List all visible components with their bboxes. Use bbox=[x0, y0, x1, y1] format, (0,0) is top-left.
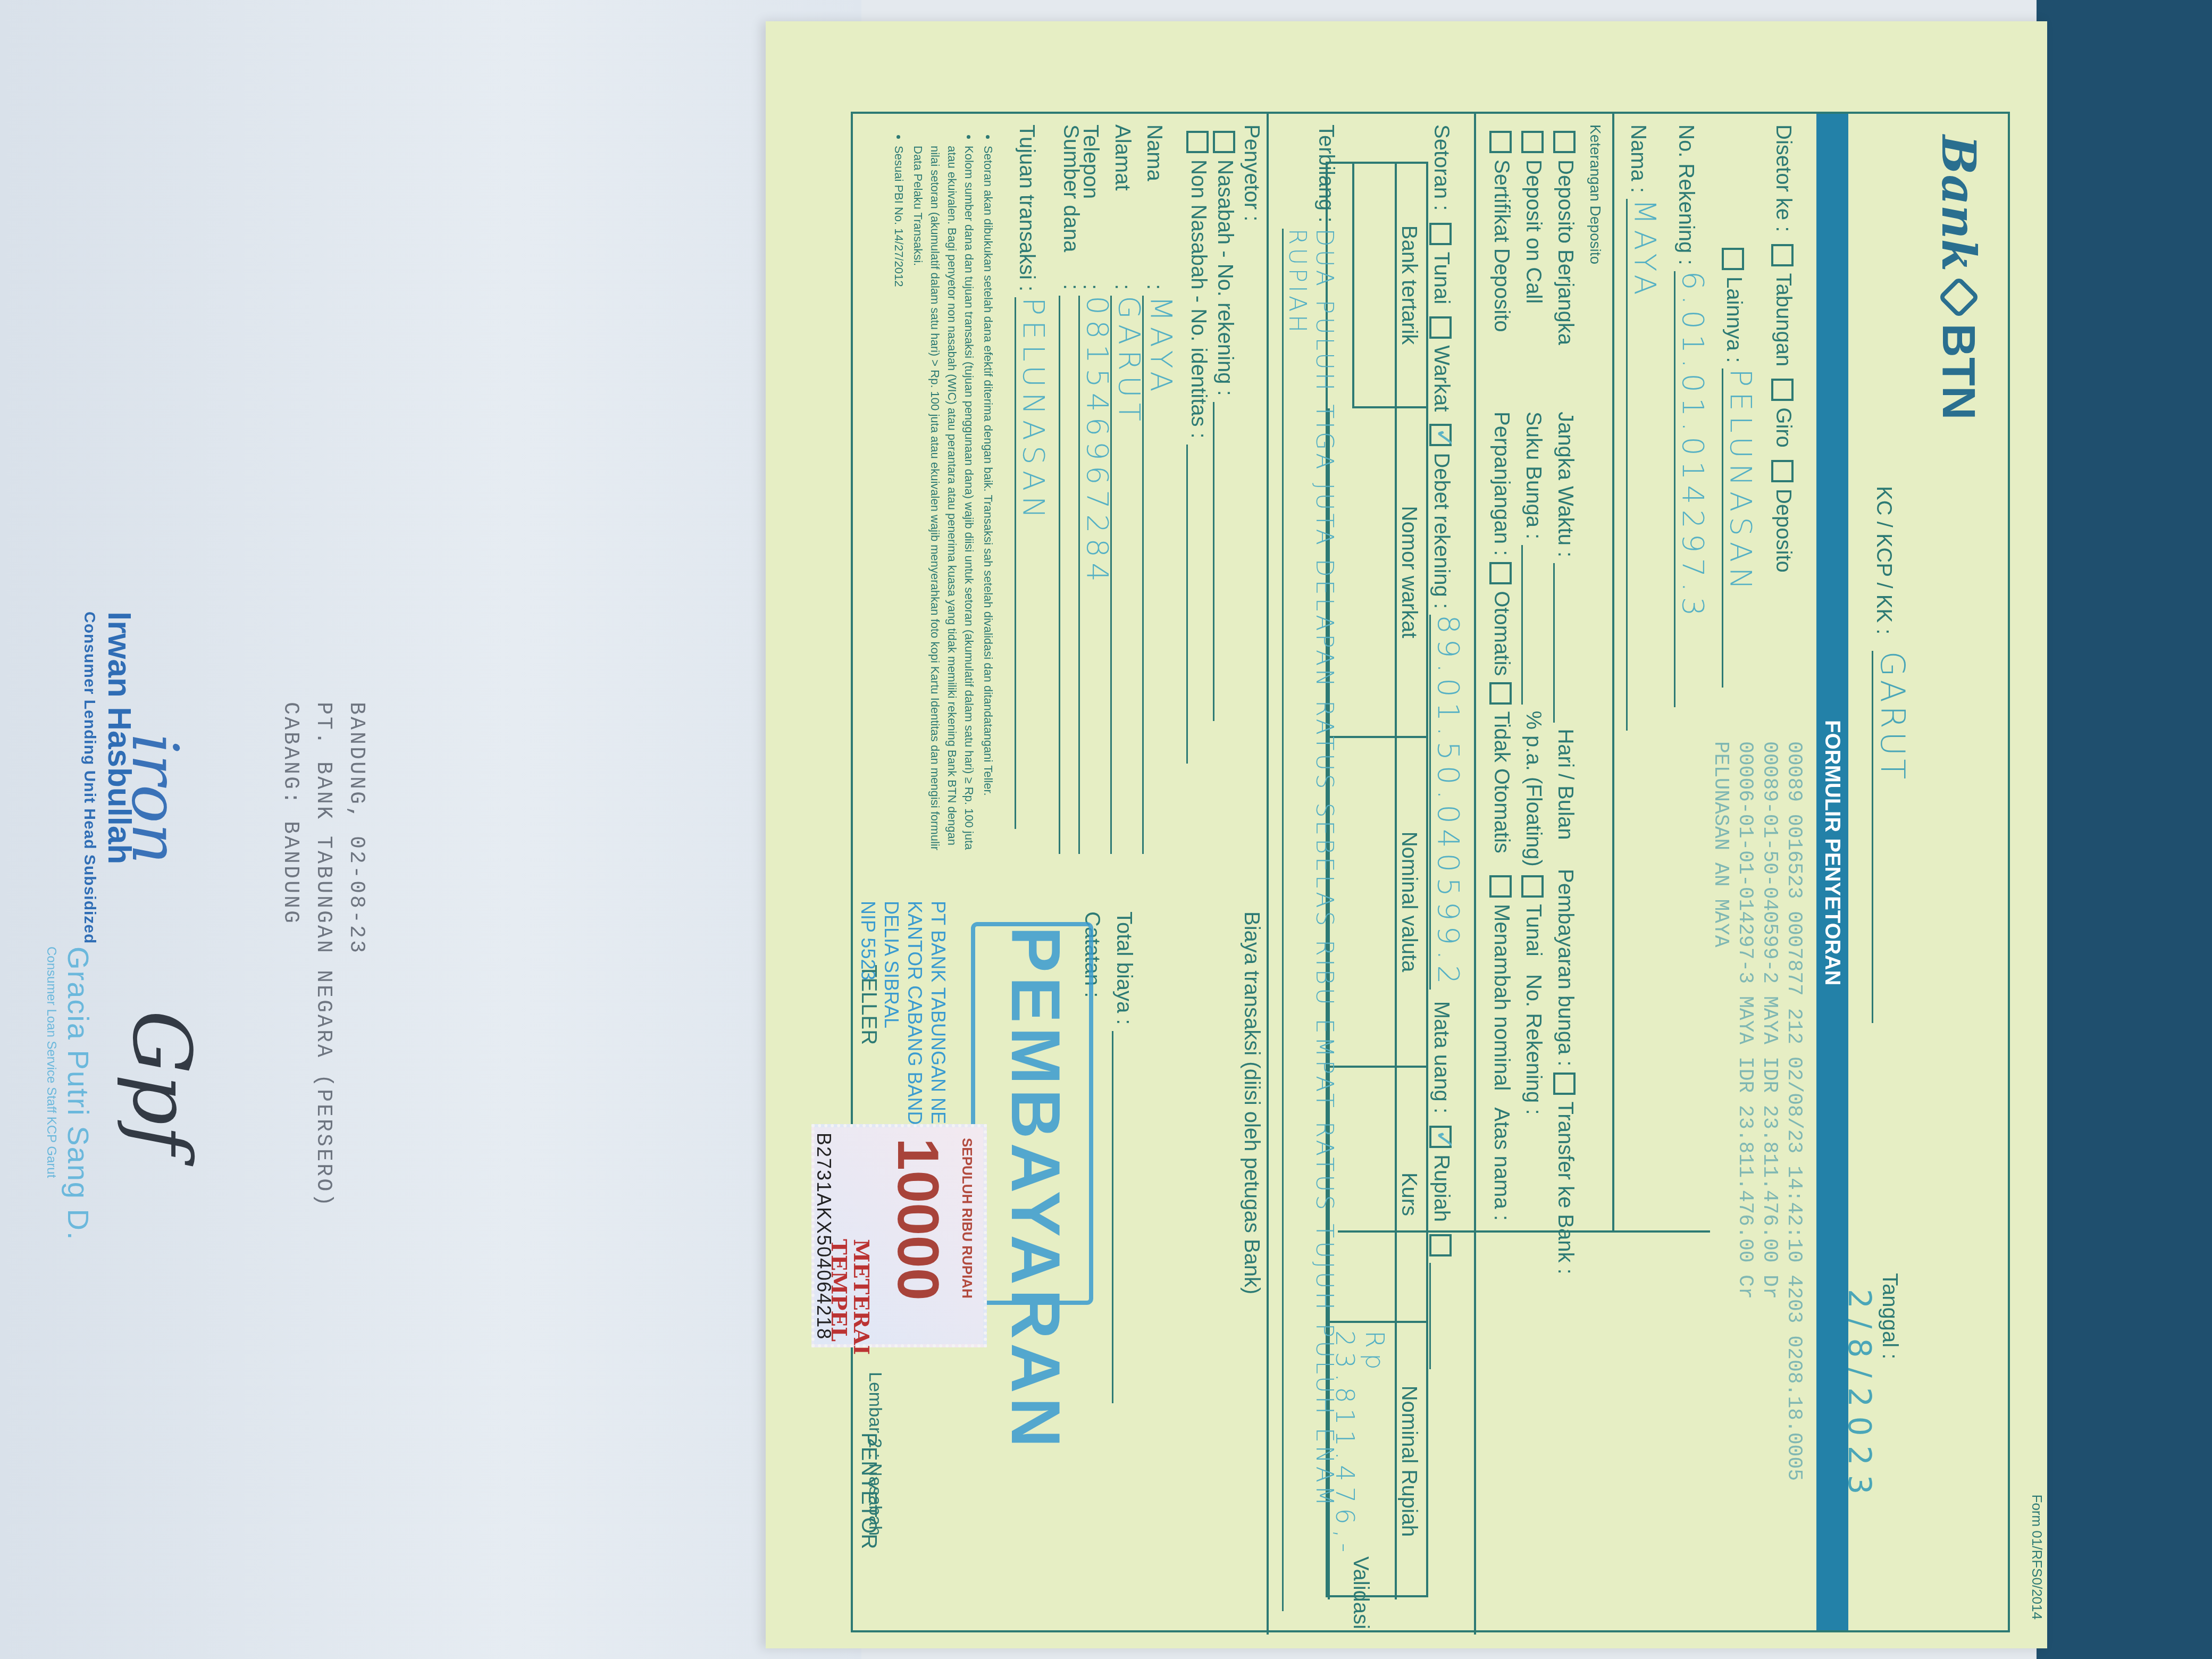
no-rekening-row: No. Rekening : 6.01.01.014297.3 bbox=[1674, 124, 1710, 707]
other-currency-input[interactable] bbox=[1429, 1263, 1431, 1369]
checkbox-debet-rekening[interactable] bbox=[1429, 424, 1452, 446]
slip-frame: Form 01/RFS0/2014 Bank BTN KC / KCP / KK… bbox=[851, 112, 2010, 1632]
penyetor-telepon-row: Telepon: 081546967284 bbox=[1078, 124, 1115, 854]
setoran-row: Setoran : Tunai Warkat Debet rekening : … bbox=[1429, 124, 1465, 1369]
perpanjangan-row: Perpanjangan :OtomatisTidak Otomatis bbox=[1489, 412, 1513, 853]
checkbox-deposito[interactable] bbox=[1771, 460, 1794, 482]
letter-branch: CABANG: BANDUNG bbox=[273, 702, 306, 1208]
table-surface bbox=[2037, 0, 2212, 1659]
pembayaran-tunai-row: Tunai No. Rekening : bbox=[1521, 869, 1545, 1115]
cover-letter: BANDUNG, 02-08-23 PT. BANK TABUNGAN NEGA… bbox=[0, 0, 861, 1659]
btn-emblem-icon bbox=[1938, 276, 1980, 319]
deposito-type-2: Deposit on Call bbox=[1521, 124, 1545, 304]
terbilang-value[interactable]: DUA PULUH TIGA JUTA DELAPAN RATUS SEBELA… bbox=[1282, 229, 1338, 1611]
suku-bunga-input[interactable] bbox=[1521, 545, 1523, 705]
teller-signature-label: TELLER bbox=[857, 965, 881, 1045]
signatory-1-name: Irwan Hasbullah bbox=[100, 611, 138, 864]
lainnya-row: Lainnya : PELUNASAN bbox=[1722, 241, 1758, 688]
printed-validation: 00089 0016523 0007877 212 02/08/23 14:42… bbox=[1708, 741, 1806, 1481]
branch-value: GARUT bbox=[1872, 651, 1912, 1023]
signatory-2-role: Consumer Loan Service Staff KCP Garut bbox=[44, 946, 58, 1178]
suku-bunga-row: Suku Bunga : % p.a. (Floating) bbox=[1521, 412, 1545, 867]
total-biaya-row: Total biaya : bbox=[1112, 911, 1136, 1403]
tujuan-row: Tujuan transaksi : PELUNASAN bbox=[1015, 124, 1051, 829]
checkbox-deposito-berjangka[interactable] bbox=[1553, 131, 1576, 153]
header-bank-tertarik: Bank tertarik bbox=[1395, 164, 1426, 408]
form-number: Form 01/RFS0/2014 bbox=[2029, 1494, 2045, 1620]
keterangan-deposito-label: Keterangan Deposito bbox=[1587, 124, 1604, 264]
pembayaran-bunga-row: Pembayaran bunga :Transfer ke Bank : bbox=[1553, 869, 1577, 1275]
disetor-ke-row: Disetor ke : Tabungan Giro Deposito bbox=[1771, 124, 1795, 573]
nasabah-row: Nasabah - No. rekening : bbox=[1213, 124, 1237, 721]
terbilang-row: Terbilang : DUA PULUH TIGA JUTA DELAPAN … bbox=[1282, 124, 1338, 1611]
nama-value[interactable]: MAYA bbox=[1626, 199, 1662, 731]
btn-logo: Bank BTN bbox=[1931, 135, 1987, 420]
non-nasabah-identitas-input[interactable] bbox=[1186, 445, 1188, 764]
non-nasabah-row: Non Nasabah - No. identitas : bbox=[1186, 124, 1210, 764]
deposit-slip: Form 01/RFS0/2014 Bank BTN KC / KCP / KK… bbox=[829, 32, 2052, 1627]
checkbox-giro[interactable] bbox=[1771, 379, 1794, 401]
signatory-2-name: Gracia Putri Sang D. bbox=[61, 946, 96, 1241]
header-nominal-valuta: Nominal valuta bbox=[1395, 738, 1426, 1068]
divider-deposito bbox=[1612, 114, 1614, 1230]
slip-notes: Setoran akan dibukukan setelah dana efek… bbox=[888, 124, 996, 869]
divider-penyetor bbox=[1267, 114, 1269, 1635]
form-title: FORMULIR PENYETORAN bbox=[1821, 720, 1844, 985]
jangka-waktu-row: Jangka Waktu : Hari / Bulan bbox=[1553, 412, 1577, 840]
checkbox-non-nasabah[interactable] bbox=[1186, 131, 1209, 153]
nasabah-rekening-input[interactable] bbox=[1213, 402, 1214, 721]
tujuan-value[interactable]: PELUNASAN bbox=[1015, 297, 1051, 829]
teller-stamp: PEMBAYARAN bbox=[971, 922, 1093, 1305]
signature-gracia: Gpf bbox=[115, 1010, 207, 1154]
letter-company: PT. BANK TABUNGAN NEGARA (PERSERO) bbox=[306, 702, 339, 1208]
deposito-type-3: Sertifikat Deposito bbox=[1489, 124, 1513, 332]
checkbox-other-currency[interactable] bbox=[1429, 1234, 1452, 1256]
setoran-table: Bank tertarik Nomor warkat Nominal valut… bbox=[1326, 162, 1428, 1597]
biaya-transaksi-label: Biaya transaksi (diisi oleh petugas Bank… bbox=[1239, 911, 1263, 1294]
checkbox-menambah-nominal[interactable] bbox=[1489, 875, 1512, 898]
slip-header: Bank BTN KC / KCP / KK : GARUT Tanggal :… bbox=[1832, 114, 2008, 1630]
checkbox-bunga-tunai[interactable] bbox=[1521, 875, 1544, 898]
signatory-1-role: Consumer Lending Unit Head Subsidized bbox=[80, 611, 98, 944]
deposito-type-1: Deposito Berjangka bbox=[1553, 124, 1577, 345]
letter-typed-block: BANDUNG, 02-08-23 PT. BANK TABUNGAN NEGA… bbox=[273, 702, 372, 1208]
pembayaran-menambah-row: Menambah nominal Atas nama : bbox=[1489, 869, 1513, 1221]
penyetor-alamat-value[interactable]: GARUT bbox=[1110, 296, 1146, 854]
sumber-dana-value[interactable] bbox=[1059, 296, 1060, 854]
penyetor-telepon-value[interactable]: 081546967284 bbox=[1078, 296, 1115, 854]
sheet-label: Lembar 2 : Nasabah bbox=[865, 1372, 885, 1536]
penyetor-nama-row: Nama: MAYA bbox=[1142, 124, 1178, 854]
meterai-stamp: SEPULUH RIBU RUPIAH 10000 METERAI TEMPEL… bbox=[811, 1124, 987, 1347]
penyetor-alamat-row: Alamat: GARUT bbox=[1110, 124, 1146, 854]
total-biaya-input[interactable] bbox=[1112, 1031, 1113, 1403]
checkbox-tunai[interactable] bbox=[1429, 223, 1452, 245]
cell-bank[interactable] bbox=[1352, 164, 1395, 408]
checkbox-nasabah[interactable] bbox=[1213, 131, 1235, 153]
no-rekening-value[interactable]: 6.01.01.014297.3 bbox=[1674, 271, 1710, 707]
sumber-dana-row: Sumber dana: bbox=[1059, 124, 1083, 854]
lainnya-value[interactable]: PELUNASAN bbox=[1722, 368, 1758, 688]
branch-field[interactable]: KC / KCP / KK : GARUT bbox=[1872, 486, 1912, 1023]
checkbox-deposit-on-call[interactable] bbox=[1521, 131, 1544, 153]
debet-rekening-value[interactable]: 89.01.50.040599.2 bbox=[1429, 615, 1465, 989]
header-kurs: Kurs bbox=[1395, 1068, 1426, 1323]
checkbox-tabungan[interactable] bbox=[1771, 244, 1794, 266]
letter-city-date: BANDUNG, 02-08-23 bbox=[339, 702, 372, 1208]
checkbox-transfer-bank[interactable] bbox=[1553, 1073, 1576, 1095]
header-nominal-rupiah: Nominal Rupiah bbox=[1395, 1323, 1426, 1599]
checkbox-otomatis[interactable] bbox=[1489, 562, 1512, 584]
date-field[interactable]: Tanggal : 2/8/2023 bbox=[1840, 1273, 1901, 1630]
form-title-band: FORMULIR PENYETORAN bbox=[1816, 114, 1848, 1630]
nama-row: Nama : MAYA bbox=[1626, 124, 1662, 731]
jangka-waktu-input[interactable] bbox=[1553, 563, 1555, 723]
checkbox-lainnya[interactable] bbox=[1722, 248, 1744, 270]
checkbox-warkat[interactable] bbox=[1429, 316, 1452, 339]
divider-setoran bbox=[1474, 114, 1476, 1635]
penyetor-label: Penyetor : bbox=[1239, 124, 1263, 221]
penyetor-nama-value[interactable]: MAYA bbox=[1142, 296, 1178, 854]
checkbox-tidak-otomatis[interactable] bbox=[1489, 682, 1512, 705]
checkbox-rupiah[interactable] bbox=[1429, 1126, 1452, 1148]
header-nomor-warkat: Nomor warkat bbox=[1395, 408, 1426, 738]
checkbox-sertifikat-deposito[interactable] bbox=[1489, 131, 1512, 153]
